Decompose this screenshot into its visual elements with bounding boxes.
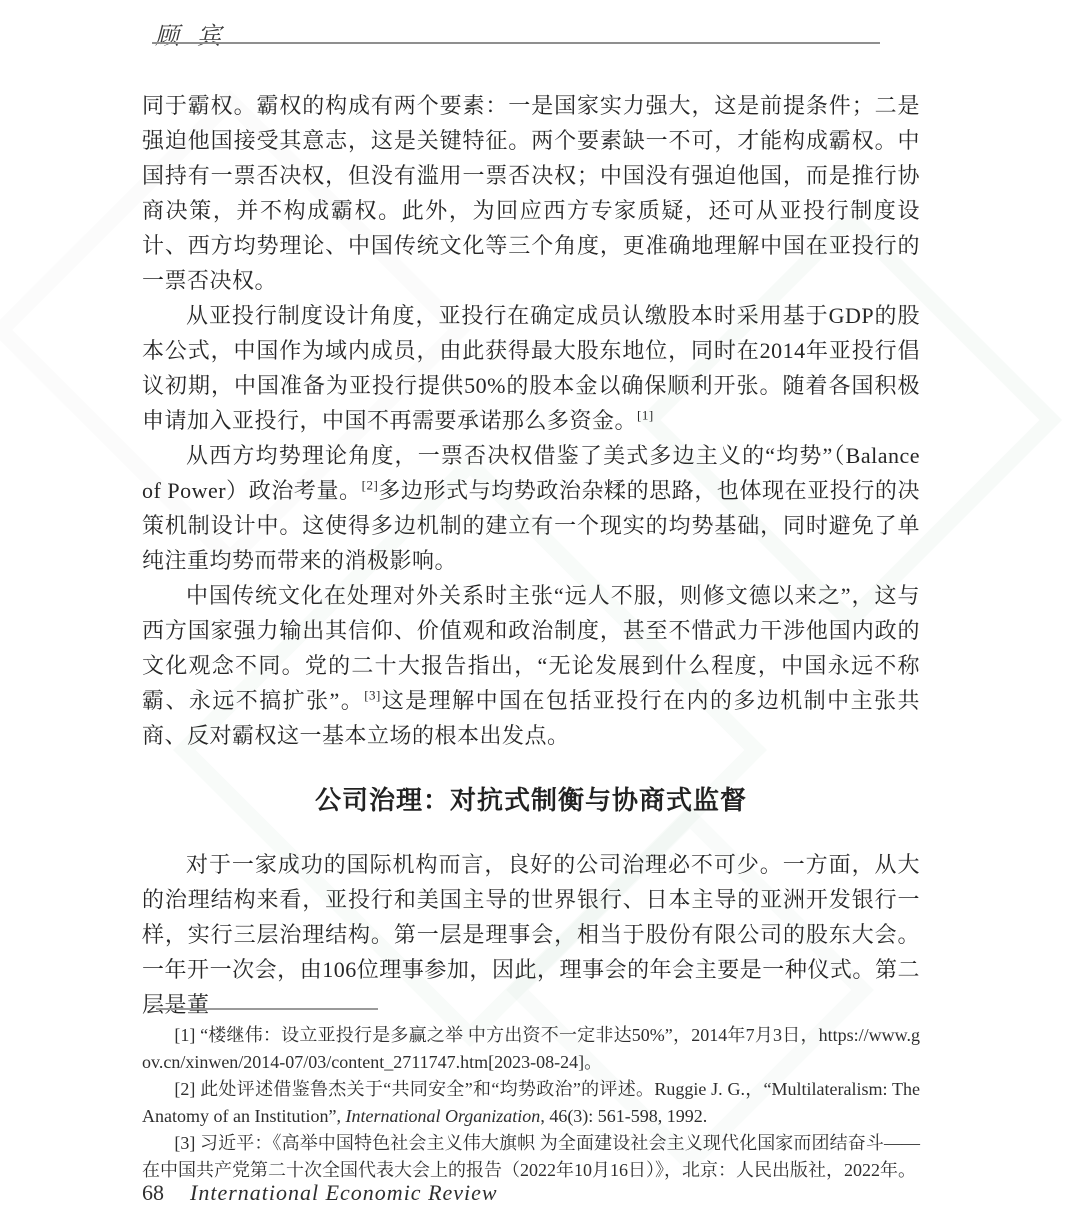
footnote-separator xyxy=(156,1008,378,1010)
journal-page: 顾 宾 同于霸权。霸权的构成有两个要素：一是国家实力强大，这是前提条件；二是强迫… xyxy=(0,0,1080,1218)
body-paragraph: 同于霸权。霸权的构成有两个要素：一是国家实力强大，这是前提条件；二是强迫他国接受… xyxy=(142,88,920,298)
footnote: [3] 习近平：《高举中国特色社会主义伟大旗帜 为全面建设社会主义现代化国家而团… xyxy=(142,1130,920,1184)
body-paragraph: 从亚投行制度设计角度，亚投行在确定成员认缴股本时采用基于GDP的股本公式，中国作… xyxy=(142,298,920,438)
body-paragraph: 从西方均势理论角度，一票否决权借鉴了美式多边主义的“均势”（Balance of… xyxy=(142,438,920,578)
page-number: 68 xyxy=(142,1180,164,1206)
header-rule xyxy=(152,42,880,44)
journal-name: International Economic Review xyxy=(190,1180,498,1206)
footnote: [2] 此处评述借鉴鲁杰关于“共同安全”和“均势政治”的评述。Ruggie J.… xyxy=(142,1076,920,1130)
page-footer: 68 International Economic Review xyxy=(142,1180,920,1206)
section-heading: 公司治理：对抗式制衡与协商式监督 xyxy=(142,781,920,821)
body-paragraph: 对于一家成功的国际机构而言，良好的公司治理必不可少。一方面，从大的治理结构来看，… xyxy=(142,847,920,1022)
body-paragraph: 中国传统文化在处理对外关系时主张“远人不服，则修文德以来之”，这与西方国家强力输… xyxy=(142,578,920,753)
footnote: [1] “楼继伟：设立亚投行是多赢之举 中方出资不一定非达50%”，2014年7… xyxy=(142,1022,920,1076)
article-body: 同于霸权。霸权的构成有两个要素：一是国家实力强大，这是前提条件；二是强迫他国接受… xyxy=(142,88,920,1022)
footnotes-block: [1] “楼继伟：设立亚投行是多赢之举 中方出资不一定非达50%”，2014年7… xyxy=(142,1008,920,1184)
running-head-author: 顾 宾 xyxy=(155,16,227,51)
